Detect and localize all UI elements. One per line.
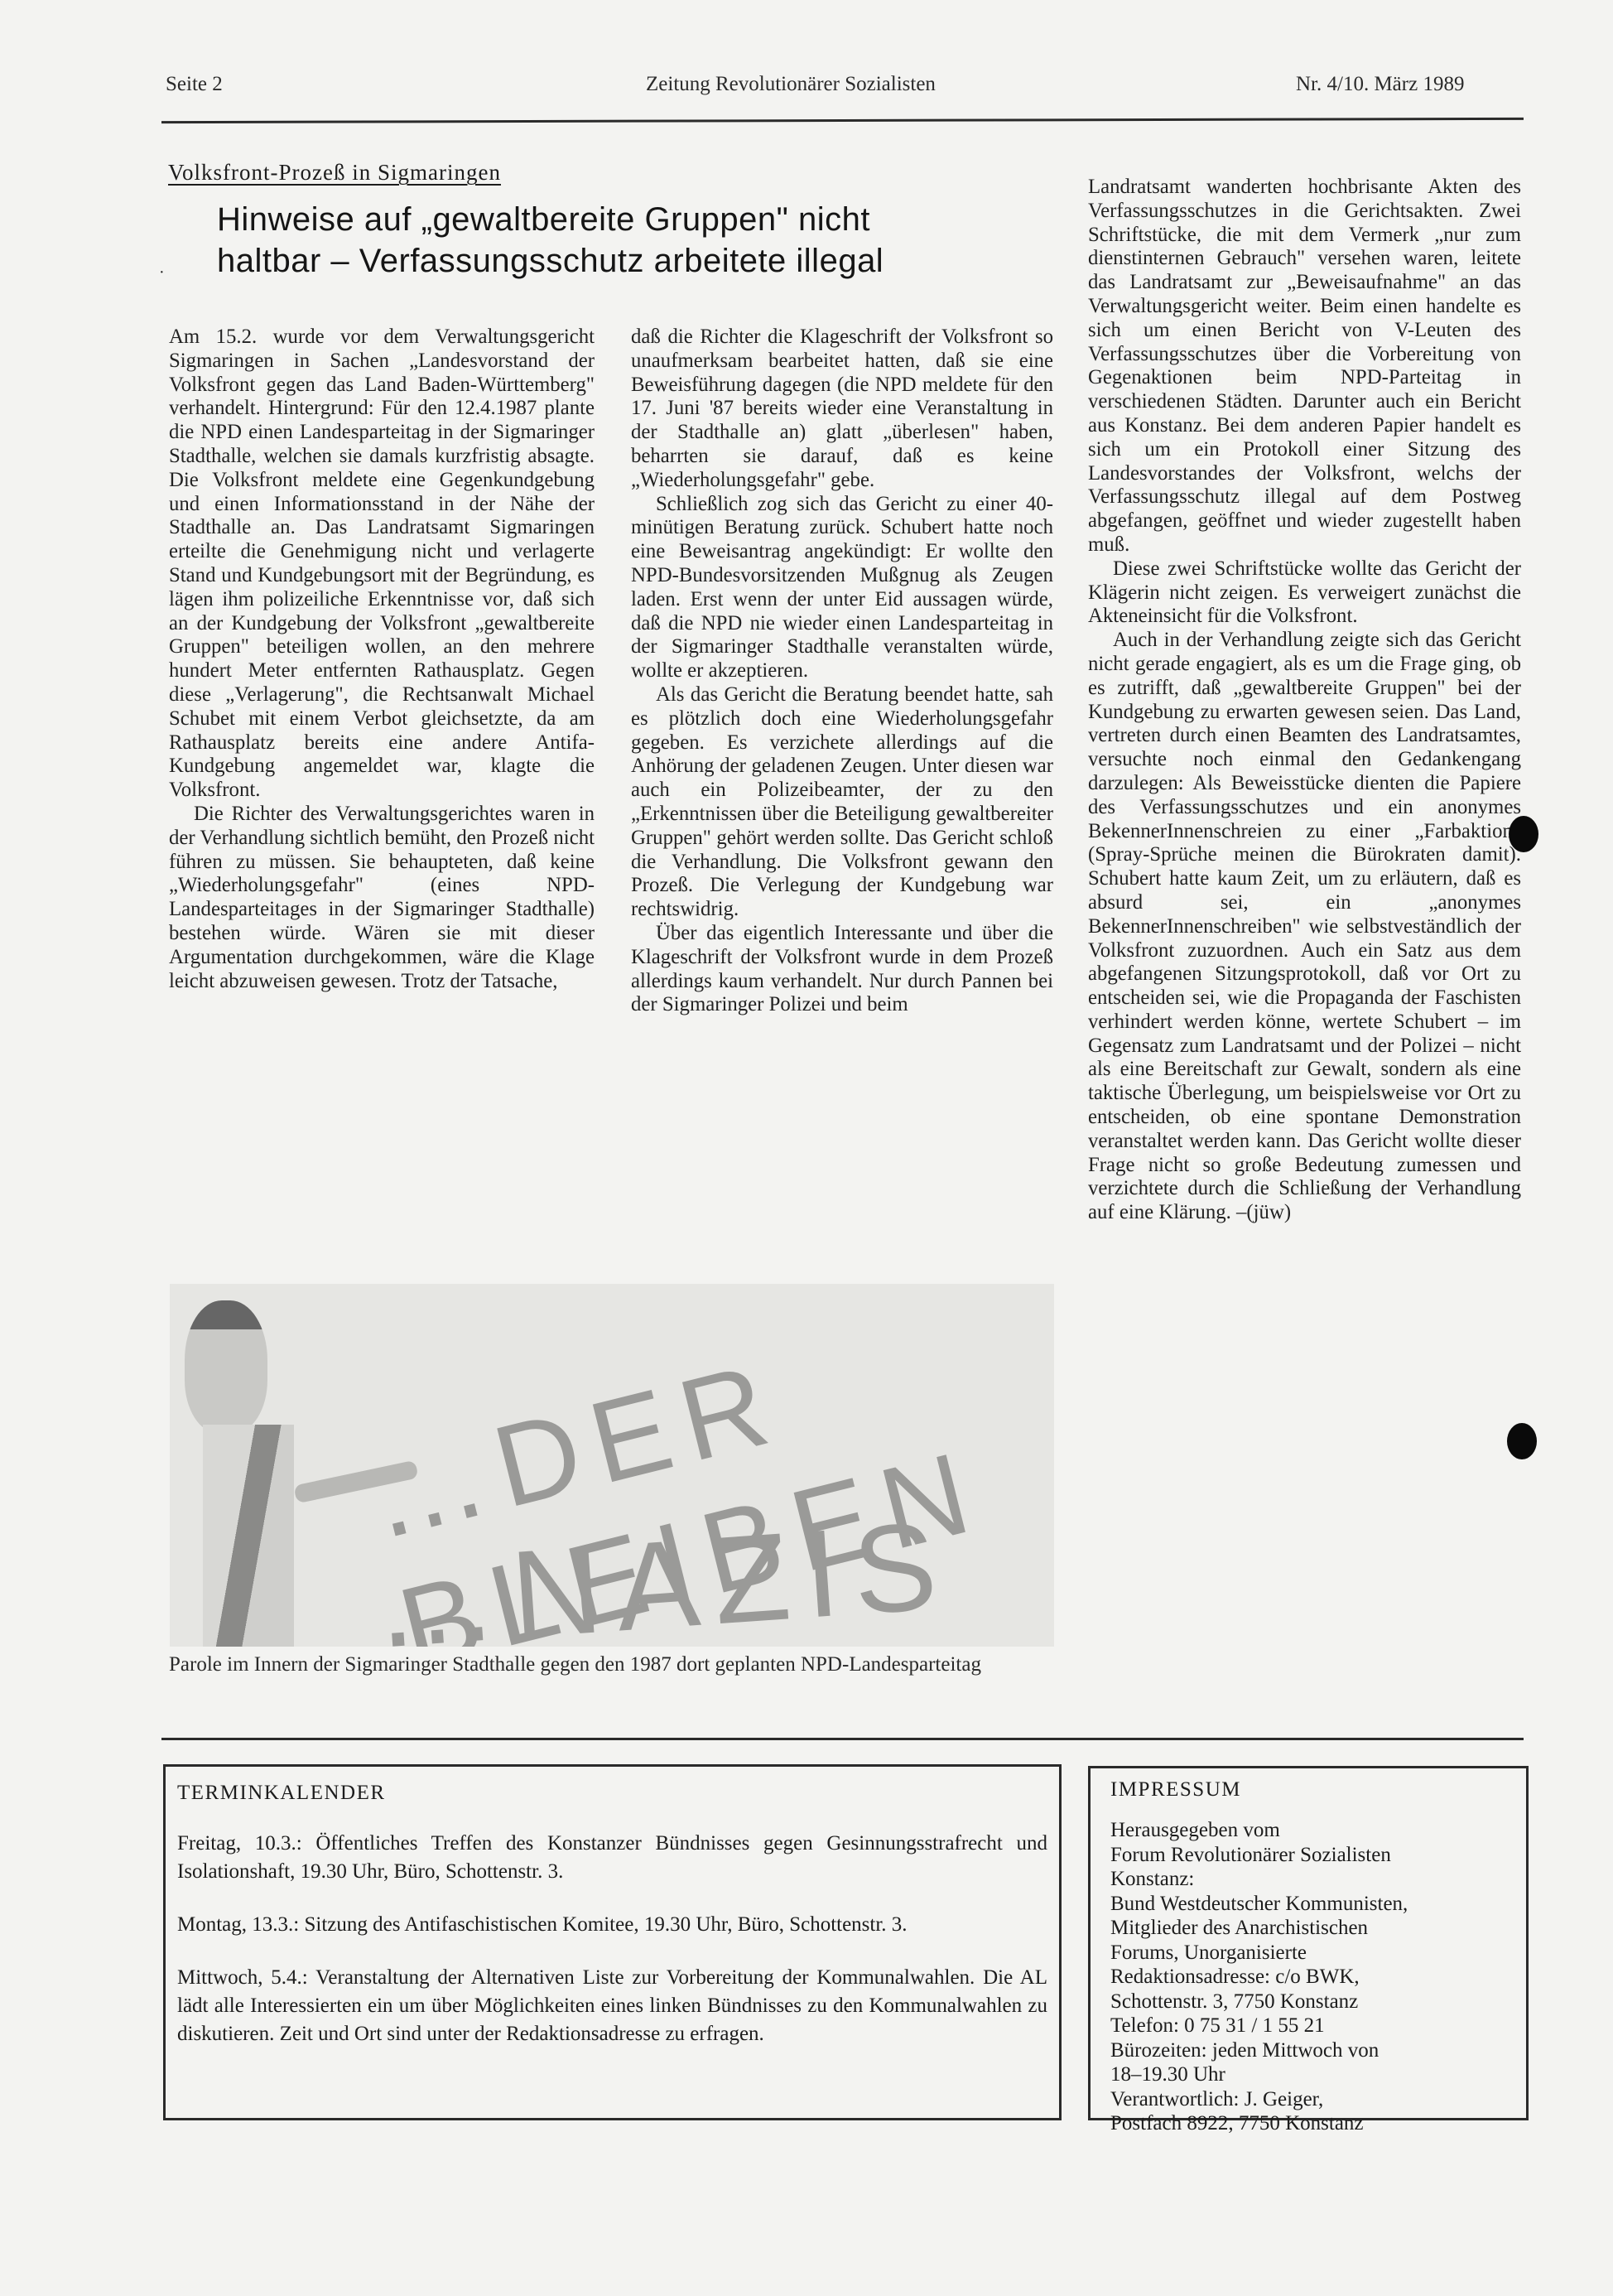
impressum-line: Forums, Unorganisierte — [1110, 1941, 1506, 1966]
terminkalender-title: TERMINKALENDER — [177, 1782, 1047, 1805]
header-rule — [161, 118, 1524, 123]
publication-title: Zeitung Revolutionärer Sozialisten — [646, 73, 936, 96]
page-number: Seite 2 — [166, 73, 223, 96]
section-rule — [161, 1738, 1524, 1740]
paragraph: Die Richter des Verwaltungsgerichtes war… — [169, 803, 595, 993]
headline-line-2: haltbar – Verfassungsschutz arbeitete il… — [217, 240, 1012, 282]
impressum-line: Telefon: 0 75 31 / 1 55 21 — [1110, 2014, 1506, 2038]
impressum-line: Mitglieder des Anarchistischen — [1110, 1916, 1506, 1941]
article-column-2: daß die Richter die Klageschrift der Vol… — [631, 326, 1053, 1017]
issue-date: Nr. 4/10. März 1989 — [1296, 73, 1464, 96]
impressum-line: Postfach 8922, 7750 Konstanz — [1110, 2111, 1506, 2136]
article-column-3: Landratsamt wanderten hochbrisante Akten… — [1088, 176, 1521, 1225]
impressum-line: Konstanz: — [1110, 1867, 1506, 1892]
punch-hole — [1507, 1423, 1537, 1459]
paragraph: Als das Gericht die Beratung beendet hat… — [631, 683, 1053, 922]
calendar-entry: Mittwoch, 5.4.: Veranstaltung der Altern… — [177, 1964, 1047, 2048]
impressum-line: Verantwortlich: J. Geiger, — [1110, 2087, 1506, 2112]
paragraph: Am 15.2. wurde vor dem Verwaltungsgerich… — [169, 326, 595, 803]
paragraph: Landratsamt wanderten hochbrisante Akten… — [1088, 176, 1521, 557]
punch-hole — [1509, 816, 1538, 852]
stray-dot: · — [159, 263, 165, 282]
impressum-line: Redaktionsadresse: c/o BWK, — [1110, 1965, 1506, 1990]
impressum-box: IMPRESSUM Herausgegeben vom Forum Revolu… — [1088, 1766, 1529, 2120]
headline-line-1: Hinweise auf „gewaltbereite Gruppen" nic… — [217, 199, 1012, 240]
article-photo: …DER BLEIBEN …NAZIS VERTREIBE… — [170, 1284, 1054, 1647]
terminkalender-box: TERMINKALENDER Freitag, 10.3.: Öffentlic… — [163, 1764, 1062, 2120]
paragraph: Diese zwei Schriftstücke wollte das Geri… — [1088, 557, 1521, 629]
calendar-entry: Montag, 13.3.: Sitzung des Antifaschisti… — [177, 1911, 1047, 1939]
newspaper-page: Seite 2 Zeitung Revolutionärer Sozialist… — [0, 0, 1613, 2296]
photo-person-body — [203, 1425, 294, 1647]
paragraph: Schließlich zog sich das Gericht zu eine… — [631, 493, 1053, 683]
impressum-line: Herausgegeben vom — [1110, 1818, 1506, 1843]
impressum-line: Bund Westdeutscher Kommunisten, — [1110, 1892, 1506, 1917]
impressum-line: Forum Revolutionärer Sozialisten — [1110, 1843, 1506, 1868]
paragraph: daß die Richter die Klageschrift der Vol… — [631, 326, 1053, 493]
impressum-line: 18–19.30 Uhr — [1110, 2062, 1506, 2087]
article-headline: Hinweise auf „gewaltbereite Gruppen" nic… — [217, 199, 1012, 282]
photo-caption: Parole im Innern der Sigmaringer Stadtha… — [169, 1652, 1063, 1677]
impressum-line: Schottenstr. 3, 7750 Konstanz — [1110, 1990, 1506, 2014]
photo-person-head — [185, 1300, 267, 1433]
paragraph: Über das eigentlich Interessante und übe… — [631, 922, 1053, 1017]
article-column-1: Am 15.2. wurde vor dem Verwaltungsgerich… — [169, 326, 595, 993]
article-kicker: Volksfront-Prozeß in Sigmaringen — [168, 160, 501, 186]
impressum-line: Bürozeiten: jeden Mittwoch von — [1110, 2038, 1506, 2063]
calendar-entry: Freitag, 10.3.: Öffentliches Treffen des… — [177, 1830, 1047, 1886]
impressum-title: IMPRESSUM — [1110, 1778, 1506, 1802]
paragraph: Auch in der Verhandlung zeigte sich das … — [1088, 629, 1521, 1225]
